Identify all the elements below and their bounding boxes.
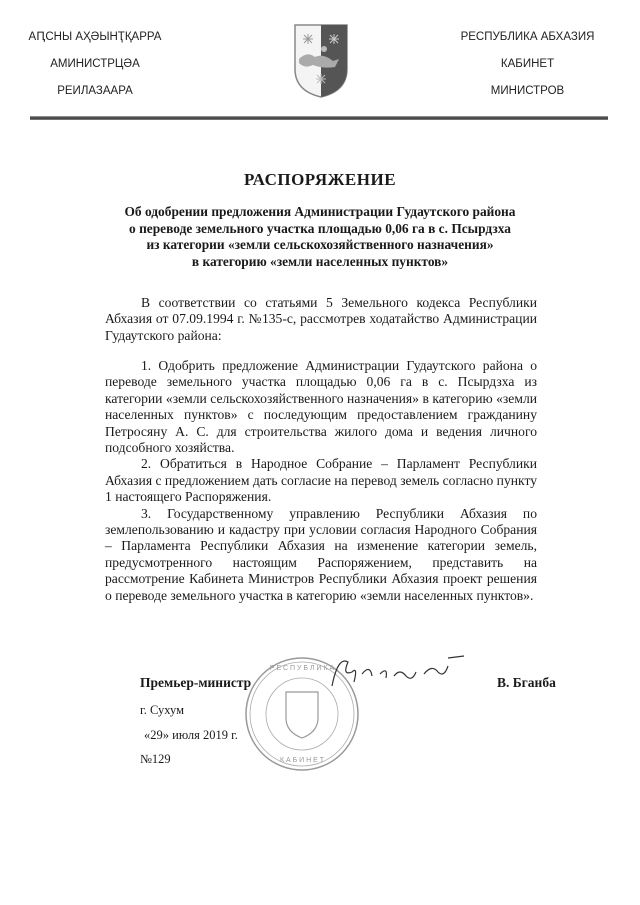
issue-date: «29» июля 2019 г.	[144, 728, 238, 743]
document-title: РАСПОРЯЖЕНИЕ	[0, 170, 640, 190]
document-subject: Об одобрении предложения Администрации Г…	[100, 204, 540, 270]
order-item-1: 1. Одобрить предложение Администрации Гу…	[105, 358, 537, 456]
letterhead-russian: РЕСПУБЛИКА АБХАЗИЯ КАБИНЕТ МИНИСТРОВ	[445, 24, 610, 105]
letterhead-abkhaz: АԤСНЫ АҲӘЫНҬҚАРРА АМИНИСТРЦӘА РЕИЛАЗААРА	[20, 24, 170, 105]
header-divider	[30, 116, 608, 120]
document-number: №129	[140, 752, 171, 767]
order-item-3: 3. Государственному управлению Республик…	[105, 506, 537, 604]
issue-city: г. Сухум	[140, 703, 184, 718]
order-items: 1. Одобрить предложение Администрации Гу…	[105, 358, 537, 604]
signatory-name: В. Бганба	[497, 675, 556, 691]
letterhead-right-line-1: РЕСПУБЛИКА АБХАЗИЯ	[445, 24, 610, 51]
svg-text:Р Е С П У Б Л И К А: Р Е С П У Б Л И К А	[270, 665, 335, 672]
subject-line: о переводе земельного участка площадью 0…	[100, 221, 540, 238]
letterhead-left-line-3: РЕИЛАЗААРА	[20, 78, 170, 105]
subject-line: в категорию «земли населенных пунктов»	[100, 254, 540, 271]
coat-of-arms-icon	[293, 23, 349, 99]
preamble-text: В соответствии со статьями 5 Земельного …	[105, 295, 537, 344]
subject-line: Об одобрении предложения Администрации Г…	[100, 204, 540, 221]
signature-icon	[328, 652, 468, 692]
order-item-2: 2. Обратиться в Народное Собрание – Парл…	[105, 456, 537, 505]
letterhead-left-line-2: АМИНИСТРЦӘА	[20, 51, 170, 78]
letterhead-left-line-1: АԤСНЫ АҲӘЫНҬҚАРРА	[20, 24, 170, 51]
preamble: В соответствии со статьями 5 Земельного …	[105, 295, 537, 344]
letterhead-right-line-2: КАБИНЕТ	[445, 51, 610, 78]
letterhead-right-line-3: МИНИСТРОВ	[445, 78, 610, 105]
signatory-position: Премьер-министр	[140, 675, 251, 691]
svg-text:К А Б И Н Е Т: К А Б И Н Е Т	[280, 757, 325, 764]
subject-line: из категории «земли сельскохозяйственног…	[100, 237, 540, 254]
